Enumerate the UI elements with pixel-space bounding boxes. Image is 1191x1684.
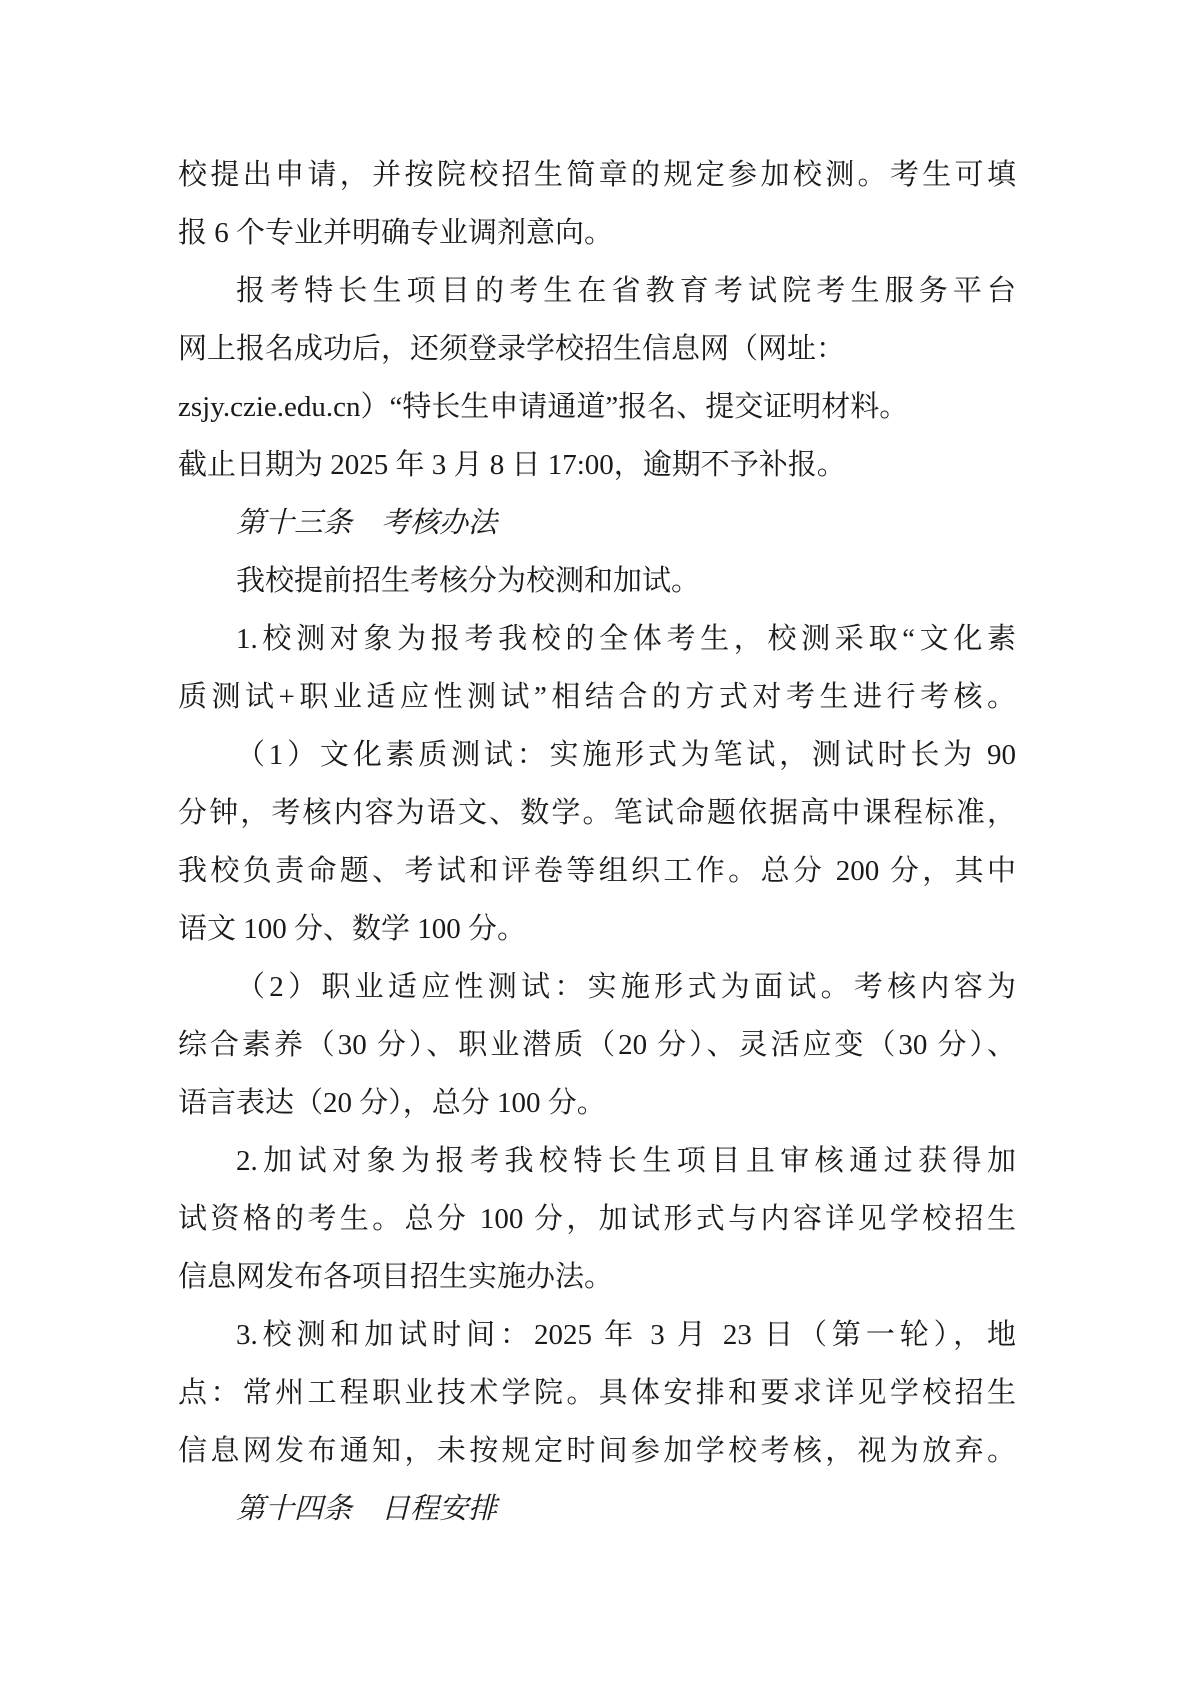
text-line: 信息网发布通知，未按规定时间参加学校考核，视为放弃。	[178, 1422, 1016, 1480]
text-line: 校提出申请，并按院校招生简章的规定参加校测。考生可填	[178, 146, 1016, 204]
text-line: 语言表达（20 分），总分 100 分。	[178, 1074, 1016, 1132]
text-line: zsjy.czie.edu.cn）“特长生申请通道”报名、提交证明材料。	[178, 378, 1016, 436]
text-line: 我校提前招生考核分为校测和加试。	[178, 552, 1016, 610]
text-line: 网上报名成功后，还须登录学校招生信息网（网址：	[178, 320, 1016, 378]
text-line: 分钟，考核内容为语文、数学。笔试命题依据高中课程标准，	[178, 784, 1016, 842]
text-line: 我校负责命题、考试和评卷等组织工作。总分 200 分，其中	[178, 842, 1016, 900]
text-line: 截止日期为 2025 年 3 月 8 日 17:00，逾期不予补报。	[178, 436, 1016, 494]
text-line: 质测试+职业适应性测试”相结合的方式对考生进行考核。	[178, 668, 1016, 726]
text-line: 综合素养（30 分）、职业潜质（20 分）、灵活应变（30 分）、	[178, 1016, 1016, 1074]
text-line: 试资格的考生。总分 100 分，加试形式与内容详见学校招生	[178, 1190, 1016, 1248]
text-line: （2）职业适应性测试：实施形式为面试。考核内容为	[178, 958, 1016, 1016]
text-line: 语文 100 分、数学 100 分。	[178, 900, 1016, 958]
text-line: 1.校测对象为报考我校的全体考生，校测采取“文化素	[178, 610, 1016, 668]
text-line: 信息网发布各项目招生实施办法。	[178, 1248, 1016, 1306]
text-line: （1）文化素质测试：实施形式为笔试，测试时长为 90	[178, 726, 1016, 784]
section-heading: 第十四条 日程安排	[178, 1480, 1016, 1538]
text-line: 3.校测和加试时间：2025 年 3 月 23 日（第一轮），地	[178, 1306, 1016, 1364]
section-heading: 第十三条 考核办法	[178, 494, 1016, 552]
document-page: 校提出申请，并按院校招生简章的规定参加校测。考生可填 报 6 个专业并明确专业调…	[0, 0, 1191, 1684]
text-line: 2.加试对象为报考我校特长生项目且审核通过获得加	[178, 1132, 1016, 1190]
text-line: 报 6 个专业并明确专业调剂意向。	[178, 204, 1016, 262]
text-line: 报考特长生项目的考生在省教育考试院考生服务平台	[178, 262, 1016, 320]
document-body: 校提出申请，并按院校招生简章的规定参加校测。考生可填 报 6 个专业并明确专业调…	[178, 146, 1016, 1538]
text-line: 点：常州工程职业技术学院。具体安排和要求详见学校招生	[178, 1364, 1016, 1422]
